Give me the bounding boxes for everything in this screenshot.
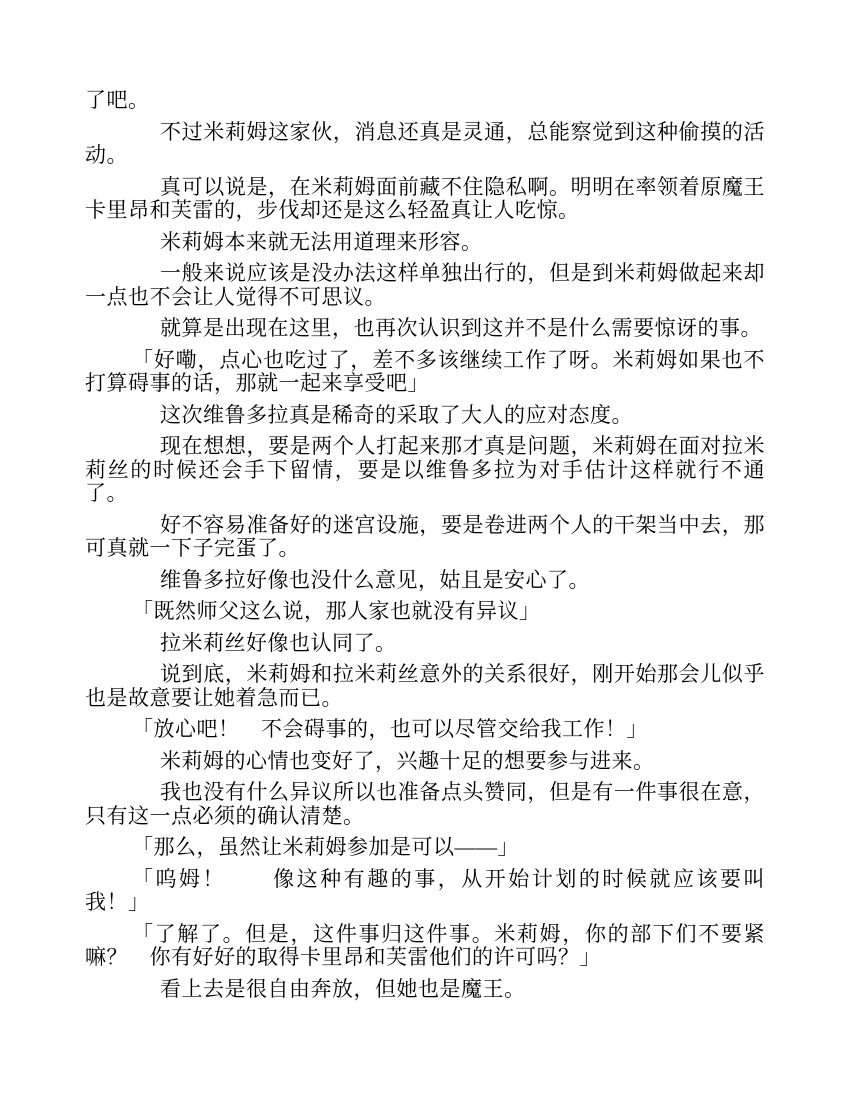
paragraph: 「好嘞，点心也吃过了，差不多该继续工作了呀。米莉姆如果也不打算碍事的话，那就一起… — [85, 349, 765, 396]
page-text: 了吧。不过米莉姆这家伙，消息还真是灵通，总能察觉到这种偷摸的活动。真可以说是，在… — [85, 89, 765, 1001]
paragraph: 「放心吧！ 不会碍事的，也可以尽管交给我工作！」 — [85, 718, 765, 742]
paragraph: 现在想想，要是两个人打起来那才真是问题，米莉姆在面对拉米莉丝的时候还会手下留情，… — [85, 435, 765, 506]
paragraph: 好不容易准备好的迷宫设施，要是卷进两个人的干架当中去，那可真就一下子完蛋了。 — [85, 514, 765, 561]
paragraph: 一般来说应该是没办法这样单独出行的，但是到米莉姆做起来却一点也不会让人觉得不可思… — [85, 262, 765, 309]
novel-page: 了吧。不过米莉姆这家伙，消息还真是灵通，总能察觉到这种偷摸的活动。真可以说是，在… — [0, 0, 850, 1100]
paragraph: 「既然师父这么说，那人家也就没有异议」 — [85, 600, 765, 624]
paragraph: 了吧。 — [85, 89, 765, 113]
paragraph: 米莉姆的心情也变好了，兴趣十足的想要参与进来。 — [85, 750, 765, 774]
paragraph: 「那么，虽然让米莉姆参加是可以——」 — [85, 836, 765, 860]
paragraph: 「呜姆！ 像这种有趣的事，从开始计划的时候就应该要叫我！」 — [85, 868, 765, 915]
paragraph: 真可以说是，在米莉姆面前藏不住隐私啊。明明在率领着原魔王卡里昂和芙雷的，步伐却还… — [85, 176, 765, 223]
paragraph: 我也没有什么异议所以也准备点头赞同，但是有一件事很在意，只有这一点必须的确认清楚… — [85, 781, 765, 828]
paragraph: 拉米莉丝好像也认同了。 — [85, 632, 765, 656]
paragraph: 米莉姆本来就无法用道理来形容。 — [85, 231, 765, 255]
paragraph: 看上去是很自由奔放，但她也是魔王。 — [85, 978, 765, 1002]
paragraph: 不过米莉姆这家伙，消息还真是灵通，总能察觉到这种偷摸的活动。 — [85, 121, 765, 168]
paragraph: 就算是出现在这里，也再次认识到这并不是什么需要惊讶的事。 — [85, 317, 765, 341]
paragraph: 维鲁多拉好像也没什么意见，姑且是安心了。 — [85, 569, 765, 593]
paragraph: 这次维鲁多拉真是稀奇的采取了大人的应对态度。 — [85, 404, 765, 428]
paragraph: 说到底，米莉姆和拉米莉丝意外的关系很好，刚开始那会儿似乎也是故意要让她着急而已。 — [85, 663, 765, 710]
paragraph: 「了解了。但是，这件事归这件事。米莉姆，你的部下们不要紧嘛？ 你有好好的取得卡里… — [85, 923, 765, 970]
